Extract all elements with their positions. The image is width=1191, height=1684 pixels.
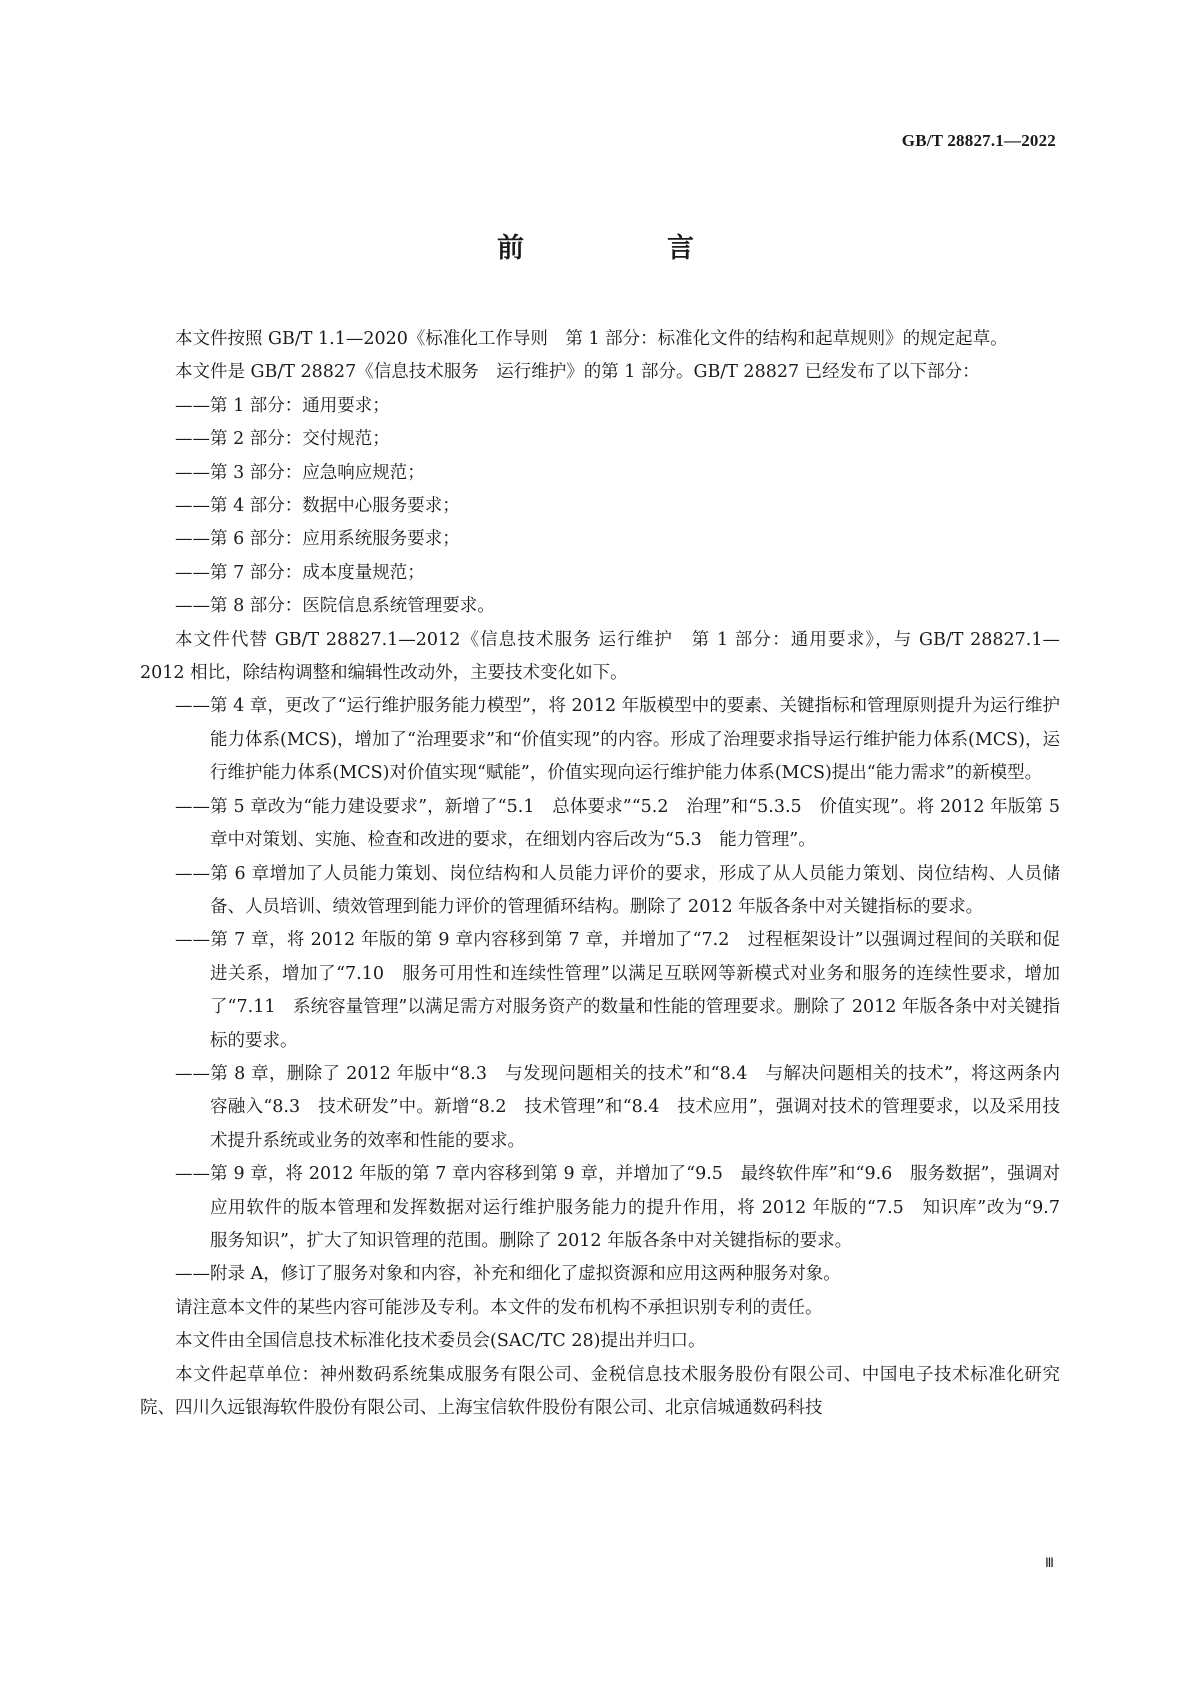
- page-title: 前 言: [0, 226, 1191, 265]
- list-item-part: ——第 1 部分：通用要求；: [140, 390, 1060, 423]
- list-item-part: ——第 7 部分：成本度量规范；: [140, 557, 1060, 590]
- list-item-part: ——第 4 部分：数据中心服务要求；: [140, 490, 1060, 523]
- page-number: Ⅲ: [1045, 1555, 1054, 1571]
- paragraph-drafting-rules: 本文件按照 GB/T 1.1—2020《标准化工作导则 第 1 部分：标准化文件…: [140, 323, 1060, 356]
- paragraph-committee: 本文件由全国信息技术标准化技术委员会(SAC/TC 28)提出并归口。: [140, 1325, 1060, 1358]
- list-item-change: ——第 6 章增加了人员能力策划、岗位结构和人员能力评价的要求，形成了从人员能力…: [140, 858, 1060, 925]
- list-item-change: ——第 8 章，删除了 2012 年版中“8.3 与发现问题相关的技术”和“8.…: [140, 1058, 1060, 1158]
- list-item-part: ——第 8 部分：医院信息系统管理要求。: [140, 590, 1060, 623]
- paragraph-drafting-units: 本文件起草单位：神州数码系统集成服务有限公司、金税信息技术服务股份有限公司、中国…: [140, 1359, 1060, 1426]
- list-item-change: ——附录 A，修订了服务对象和内容，补充和细化了虚拟资源和应用这两种服务对象。: [140, 1258, 1060, 1291]
- list-item-part: ——第 6 部分：应用系统服务要求；: [140, 523, 1060, 556]
- list-item-change: ——第 7 章，将 2012 年版的第 9 章内容移到第 7 章，并增加了“7.…: [140, 924, 1060, 1058]
- paragraph-series-intro: 本文件是 GB/T 28827《信息技术服务 运行维护》的第 1 部分。GB/T…: [140, 356, 1060, 389]
- list-item-part: ——第 3 部分：应急响应规范；: [140, 457, 1060, 490]
- list-item-change: ——第 9 章，将 2012 年版的第 7 章内容移到第 9 章，并增加了“9.…: [140, 1158, 1060, 1258]
- paragraph-patent-notice: 请注意本文件的某些内容可能涉及专利。本文件的发布机构不承担识别专利的责任。: [140, 1292, 1060, 1325]
- list-item-part: ——第 2 部分：交付规范；: [140, 423, 1060, 456]
- paragraph-replacement: 本文件代替 GB/T 28827.1—2012《信息技术服务 运行维护 第 1 …: [140, 624, 1060, 691]
- standard-code: GB/T 28827.1—2022: [902, 131, 1056, 151]
- list-item-change: ——第 4 章，更改了“运行维护服务能力模型”，将 2012 年版模型中的要素、…: [140, 690, 1060, 790]
- document-body: 本文件按照 GB/T 1.1—2020《标准化工作导则 第 1 部分：标准化文件…: [140, 323, 1060, 1425]
- list-item-change: ——第 5 章改为“能力建设要求”，新增了“5.1 总体要求”“5.2 治理”和…: [140, 791, 1060, 858]
